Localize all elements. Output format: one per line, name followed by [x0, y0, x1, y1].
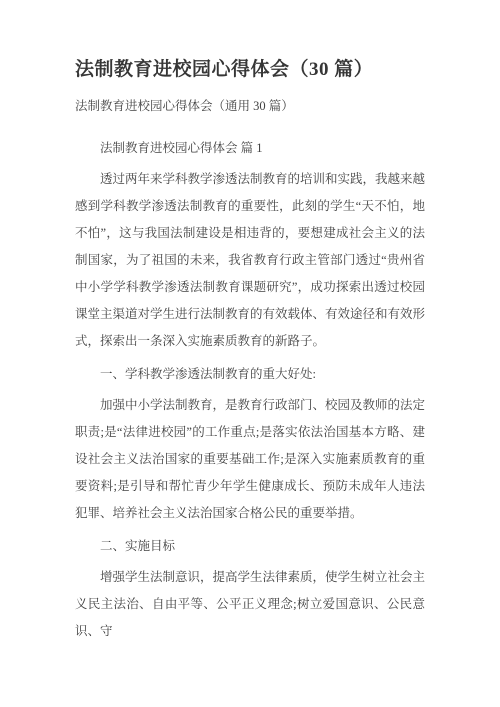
section-heading-two: 二、实施目标 [75, 533, 425, 560]
document-subtitle: 法制教育进校园心得体会（通用 30 篇） [75, 97, 425, 115]
document-content: 法制教育进校园心得体会（30 篇） 法制教育进校园心得体会（通用 30 篇） 法… [0, 0, 500, 645]
document-page: 法制教育进校园心得体会（30 篇） 法制教育进校园心得体会（通用 30 篇） 法… [0, 0, 500, 707]
section-heading-pian-1: 法制教育进校园心得体会 篇 1 [75, 135, 425, 162]
paragraph-intro: 透过两年来学科教学渗透法制教育的培训和实践，我越来越感到学科教学渗透法制教育的重… [75, 166, 425, 355]
document-title: 法制教育进校园心得体会（30 篇） [75, 55, 425, 85]
paragraph-significance: 加强中小学法制教育，是教育行政部门、校园及教师的法定职责;是“法律进校园”的工作… [75, 392, 425, 527]
section-heading-one: 一、学科教学渗透法制教育的重大好处: [75, 361, 425, 388]
paragraph-goals-truncated: 增强学生法制意识，提高学生法律素质，使学生树立社会主义民主法治、自由平等、公平正… [75, 564, 425, 645]
